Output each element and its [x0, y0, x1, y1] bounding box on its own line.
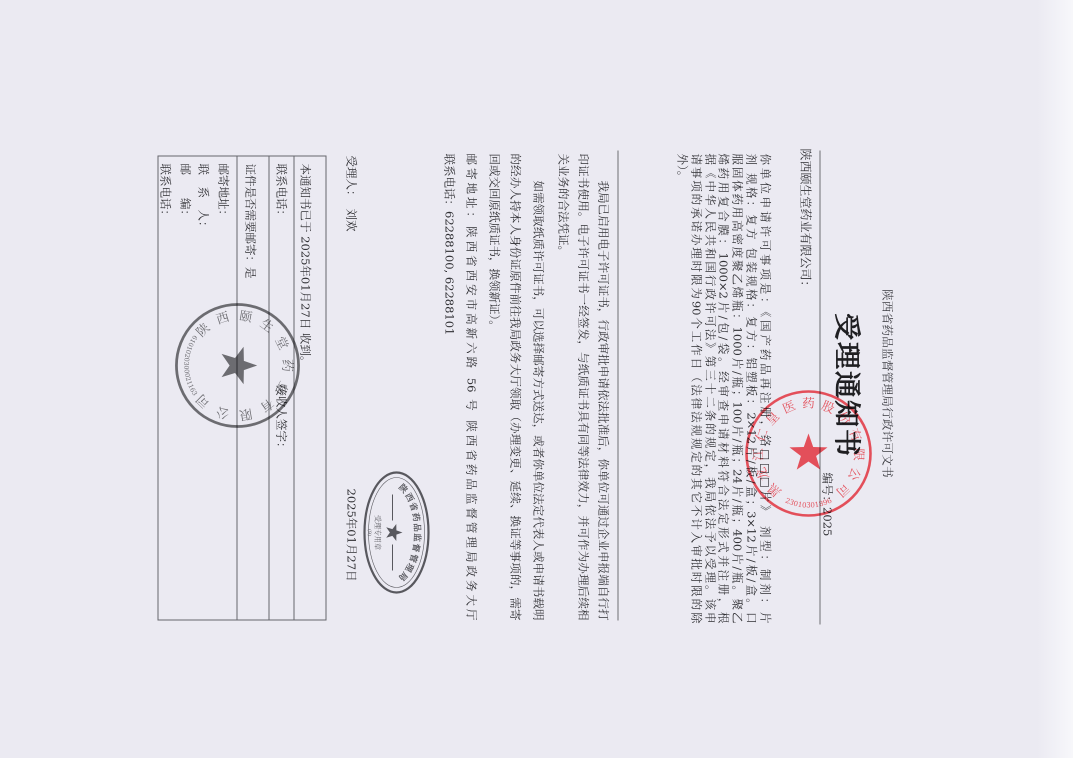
mail-address-label: 邮寄地址： [216, 163, 230, 221]
document-title: 受理通知书 [830, 6, 860, 758]
svg-text:23010301896: 23010301896 [783, 496, 833, 509]
text-line: 服固体药用高密度聚乙烯瓶：1000片/瓶；100片/瓶；24片/瓶；400片/瓶… [730, 153, 744, 623]
document-header: 陕西省药品监督管理局行政许可文书 [880, 4, 894, 758]
scanned-document-page: 陕西省药品监督管理局行政许可文书 受理通知书 编号：2025 陕西颐生堂药业有限… [0, 0, 1073, 758]
section-divider [617, 150, 618, 620]
postcode-label: 邮 编： [178, 163, 192, 221]
agency-stamp-label: 受理专用章 [373, 515, 382, 550]
company-seal-code: 6101020300021163 [182, 333, 199, 397]
applicant-seal-code: 23010301896 [783, 496, 833, 509]
company-seal: 陕西颐生堂药业有限公司 6101020300021163 [173, 301, 301, 429]
header-divider [819, 150, 820, 624]
handler-label: 受理人： [344, 155, 358, 201]
text-line: 回或交回原纸质证书，换领新证）。 [487, 153, 501, 620]
text-line: 如需领取纸质许可证书，可以选择邮寄方式送达，或者你单位法定代表人或申请书载明 [531, 153, 545, 620]
contact-phone: 联系电话：62288100, 62288101 [442, 153, 456, 620]
text-line: 关业务的合法凭证。 [556, 153, 570, 620]
handler-name: 刘欢 [344, 208, 358, 231]
text-line: 请事项的承诺办理时限为90个工作日（法律法规规定的其它不计入审批时限的除 [689, 153, 703, 623]
agency-acceptance-stamp: 陕西省药品监督管理局 受理专用章 (9) [362, 470, 430, 594]
issue-date: 2025年01月27日 [344, 488, 358, 581]
text-line: 外）。 [675, 153, 689, 623]
text-line: 烯药用复合膜：1000×2片/包/袋。经审查申请材料符合法定形式并注册，根 [716, 153, 730, 623]
mailing-address: 邮寄地址：陕西省西安市高新六路 56 号 陕西省药品监督管理局政务大厅 [464, 153, 478, 620]
agency-stamp-serial: (9) [366, 528, 373, 535]
star-icon [789, 433, 827, 469]
receiver-phone-label: 联系电话： [274, 163, 288, 221]
contact-person-label: 联 系 人： [196, 163, 210, 232]
text-line: 的经办人持本人身份证原件前往我局政务大厅领取（办理变更、延续、换证等事项的，需寄 [508, 153, 522, 620]
text-line: 印证书使用。电子许可证书一经签发，与纸质证书具有同等法律效力，并可作为办理后续相 [576, 153, 590, 620]
addressee: 陕西颐生堂药业有限公司： [798, 148, 812, 292]
mail-required: 证件是否需要邮寄：是 [243, 163, 257, 278]
star-icon [386, 523, 402, 540]
svg-text:6101020300021163: 6101020300021163 [182, 333, 199, 397]
star-icon [221, 346, 257, 383]
applicant-seal: 黑龙江仁皇医药股份有限公司 23010301896 [743, 388, 873, 518]
mail-phone-label: 联系电话： [158, 163, 172, 221]
text-line: 据《中华人民共和国行政许可法》第三十二条的规定，我局依法予以受理。该申 [703, 153, 717, 623]
text-line: 我局已启用电子许可证书，行政审批申请依法批准后，你单位可通过企业申报端自行打 [596, 153, 610, 620]
